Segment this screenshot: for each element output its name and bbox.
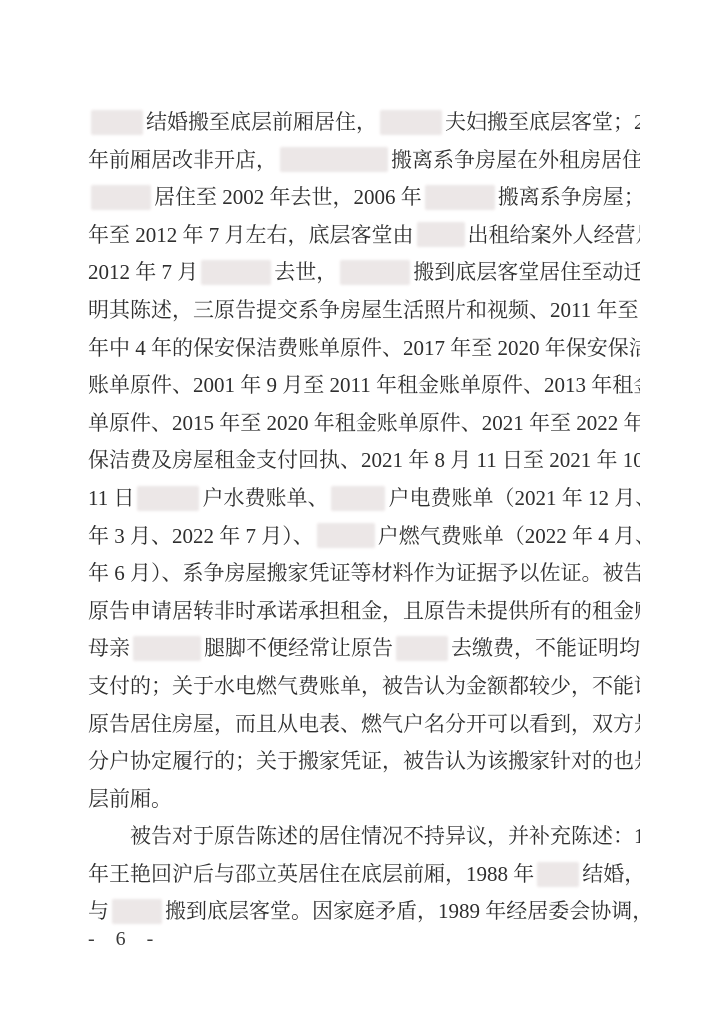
text-run: 搬到底层客堂。因家庭矛盾，1989 年经居委会协调， xyxy=(165,899,640,923)
redacted-text xyxy=(425,185,495,210)
document-page: 结婚搬至底层前厢居住，夫妇搬至底层客堂；2000年前厢居改非开店，搬离系争房屋在… xyxy=(0,0,724,1024)
text-run: 搬离系争房屋；2008 xyxy=(498,185,640,209)
text-run: 年 3 月、2022 年 7 月）、 xyxy=(88,524,314,548)
text-run: 去缴费，不能证明均是原告 xyxy=(451,636,640,660)
text-run: 搬离系争房屋在外租房居住； xyxy=(391,148,640,172)
text-run: 出租给案外人经营足浴店； xyxy=(468,223,641,247)
text-run: 结婚， xyxy=(582,862,640,886)
document-line: 层前厢。 xyxy=(88,781,640,819)
document-line: 居住至 2002 年去世，2006 年搬离系争房屋；2008 xyxy=(88,179,640,217)
document-line: 2012 年 7 月去世，搬到底层客堂居住至动迁。为证 xyxy=(88,254,640,292)
document-line: 母亲腿脚不便经常让原告去缴费，不能证明均是原告 xyxy=(88,630,640,668)
document-line: 年 3 月、2022 年 7 月）、户燃气费账单（2022 年 4 月、2022 xyxy=(88,518,640,556)
document-line: 年至 2012 年 7 月左右，底层客堂由出租给案外人经营足浴店； xyxy=(88,217,640,255)
redacted-text xyxy=(380,110,442,135)
text-run: 户水费账单、 xyxy=(202,486,328,510)
document-line: 年中 4 年的保安保洁费账单原件、2017 年至 2020 年保安保洁费 xyxy=(88,330,640,368)
text-run: 账单原件、2001 年 9 月至 2011 年租金账单原件、2013 年租金账 xyxy=(88,373,640,397)
redacted-text xyxy=(91,185,151,210)
redacted-text xyxy=(417,222,465,247)
redacted-text xyxy=(91,110,143,135)
text-run: 结婚搬至底层前厢居住， xyxy=(146,110,377,134)
text-run: 母亲 xyxy=(88,636,130,660)
document-line: 保洁费及房屋租金支付回执、2021 年 8 月 11 日至 2021 年 10 … xyxy=(88,442,640,480)
text-run: 2012 年 7 月 xyxy=(88,260,198,284)
page-number: - 6 - xyxy=(88,928,161,951)
text-run: 户电费账单（2021 年 12 月、2022 xyxy=(388,486,640,510)
text-run: 搬到底层客堂居住至动迁。为证 xyxy=(413,260,640,284)
document-line: 明其陈述，三原告提交系争房屋生活照片和视频、2011 年至 2016 xyxy=(88,292,640,330)
text-run: 明其陈述，三原告提交系争房屋生活照片和视频、2011 年至 2016 xyxy=(88,298,640,322)
text-run: 11 日 xyxy=(88,486,134,510)
text-run: 年王艳回沪后与邵立英居住在底层前厢，1988 年 xyxy=(88,862,534,886)
redacted-text xyxy=(112,899,162,924)
document-line: 支付的；关于水电燃气费账单，被告认为金额都较少，不能证明 xyxy=(88,668,640,706)
redacted-text xyxy=(331,486,385,511)
redacted-text xyxy=(537,862,579,887)
text-run: 年至 2012 年 7 月左右，底层客堂由 xyxy=(88,223,414,247)
text-run: 原告居住房屋，而且从电表、燃气户名分开可以看到，双方是按 xyxy=(88,712,640,736)
text-run: 户燃气费账单（2022 年 4 月、2022 xyxy=(378,524,640,548)
document-line: 结婚搬至底层前厢居住，夫妇搬至底层客堂；2000 xyxy=(88,104,640,142)
document-line: 账单原件、2001 年 9 月至 2011 年租金账单原件、2013 年租金账 xyxy=(88,367,640,405)
text-run: 分户协定履行的；关于搬家凭证，被告认为该搬家针对的也是底 xyxy=(88,749,640,773)
text-run: 去世， xyxy=(274,260,337,284)
redacted-text xyxy=(280,147,388,172)
text-run: 与 xyxy=(88,899,109,923)
document-line: 11 日户水费账单、户电费账单（2021 年 12 月、2022 xyxy=(88,480,640,518)
document-line: 年前厢居改非开店，搬离系争房屋在外租房居住； xyxy=(88,142,640,180)
redacted-text xyxy=(340,260,410,285)
text-run: 年前厢居改非开店， xyxy=(88,148,277,172)
text-run: 单原件、2015 年至 2020 年租金账单原件、2021 年至 2022 年 … xyxy=(88,411,640,435)
redacted-text xyxy=(396,636,448,661)
document-line: 年王艳回沪后与邵立英居住在底层前厢，1988 年结婚， xyxy=(88,856,640,894)
text-run: 支付的；关于水电燃气费账单，被告认为金额都较少，不能证明 xyxy=(88,674,640,698)
document-line: 分户协定履行的；关于搬家凭证，被告认为该搬家针对的也是底 xyxy=(88,743,640,781)
document-line: 原告申请居转非时承诺承担租金，且原告未提供所有的租金账单， xyxy=(88,593,640,631)
text-run: 被告对于原告陈述的居住情况不持异议，并补充陈述：1980 xyxy=(88,824,640,848)
redacted-text xyxy=(317,523,375,548)
text-run: 年 6 月）、系争房屋搬家凭证等材料作为证据予以佐证。被告认为 xyxy=(88,561,640,585)
document-body: 结婚搬至底层前厢居住，夫妇搬至底层客堂；2000年前厢居改非开店，搬离系争房屋在… xyxy=(88,104,640,931)
redacted-text xyxy=(201,260,271,285)
text-run: 腿脚不便经常让原告 xyxy=(204,636,393,660)
text-run: 居住至 2002 年去世，2006 年 xyxy=(154,185,422,209)
document-line: 年 6 月）、系争房屋搬家凭证等材料作为证据予以佐证。被告认为 xyxy=(88,555,640,593)
text-run: 年中 4 年的保安保洁费账单原件、2017 年至 2020 年保安保洁费 xyxy=(88,336,640,360)
document-line: 单原件、2015 年至 2020 年租金账单原件、2021 年至 2022 年 … xyxy=(88,405,640,443)
redacted-text xyxy=(137,486,199,511)
document-line: 原告居住房屋，而且从电表、燃气户名分开可以看到，双方是按 xyxy=(88,706,640,744)
text-run: 保洁费及房屋租金支付回执、2021 年 8 月 11 日至 2021 年 10 … xyxy=(88,448,640,472)
text-run: 原告申请居转非时承诺承担租金，且原告未提供所有的租金账单， xyxy=(88,599,640,623)
text-run: 夫妇搬至底层客堂；2000 xyxy=(445,110,640,134)
document-line: 与搬到底层客堂。因家庭矛盾，1989 年经居委会协调， xyxy=(88,893,640,931)
redacted-text xyxy=(133,636,201,661)
text-run: 层前厢。 xyxy=(88,787,172,811)
document-line: 被告对于原告陈述的居住情况不持异议，并补充陈述：1980 xyxy=(88,818,640,856)
